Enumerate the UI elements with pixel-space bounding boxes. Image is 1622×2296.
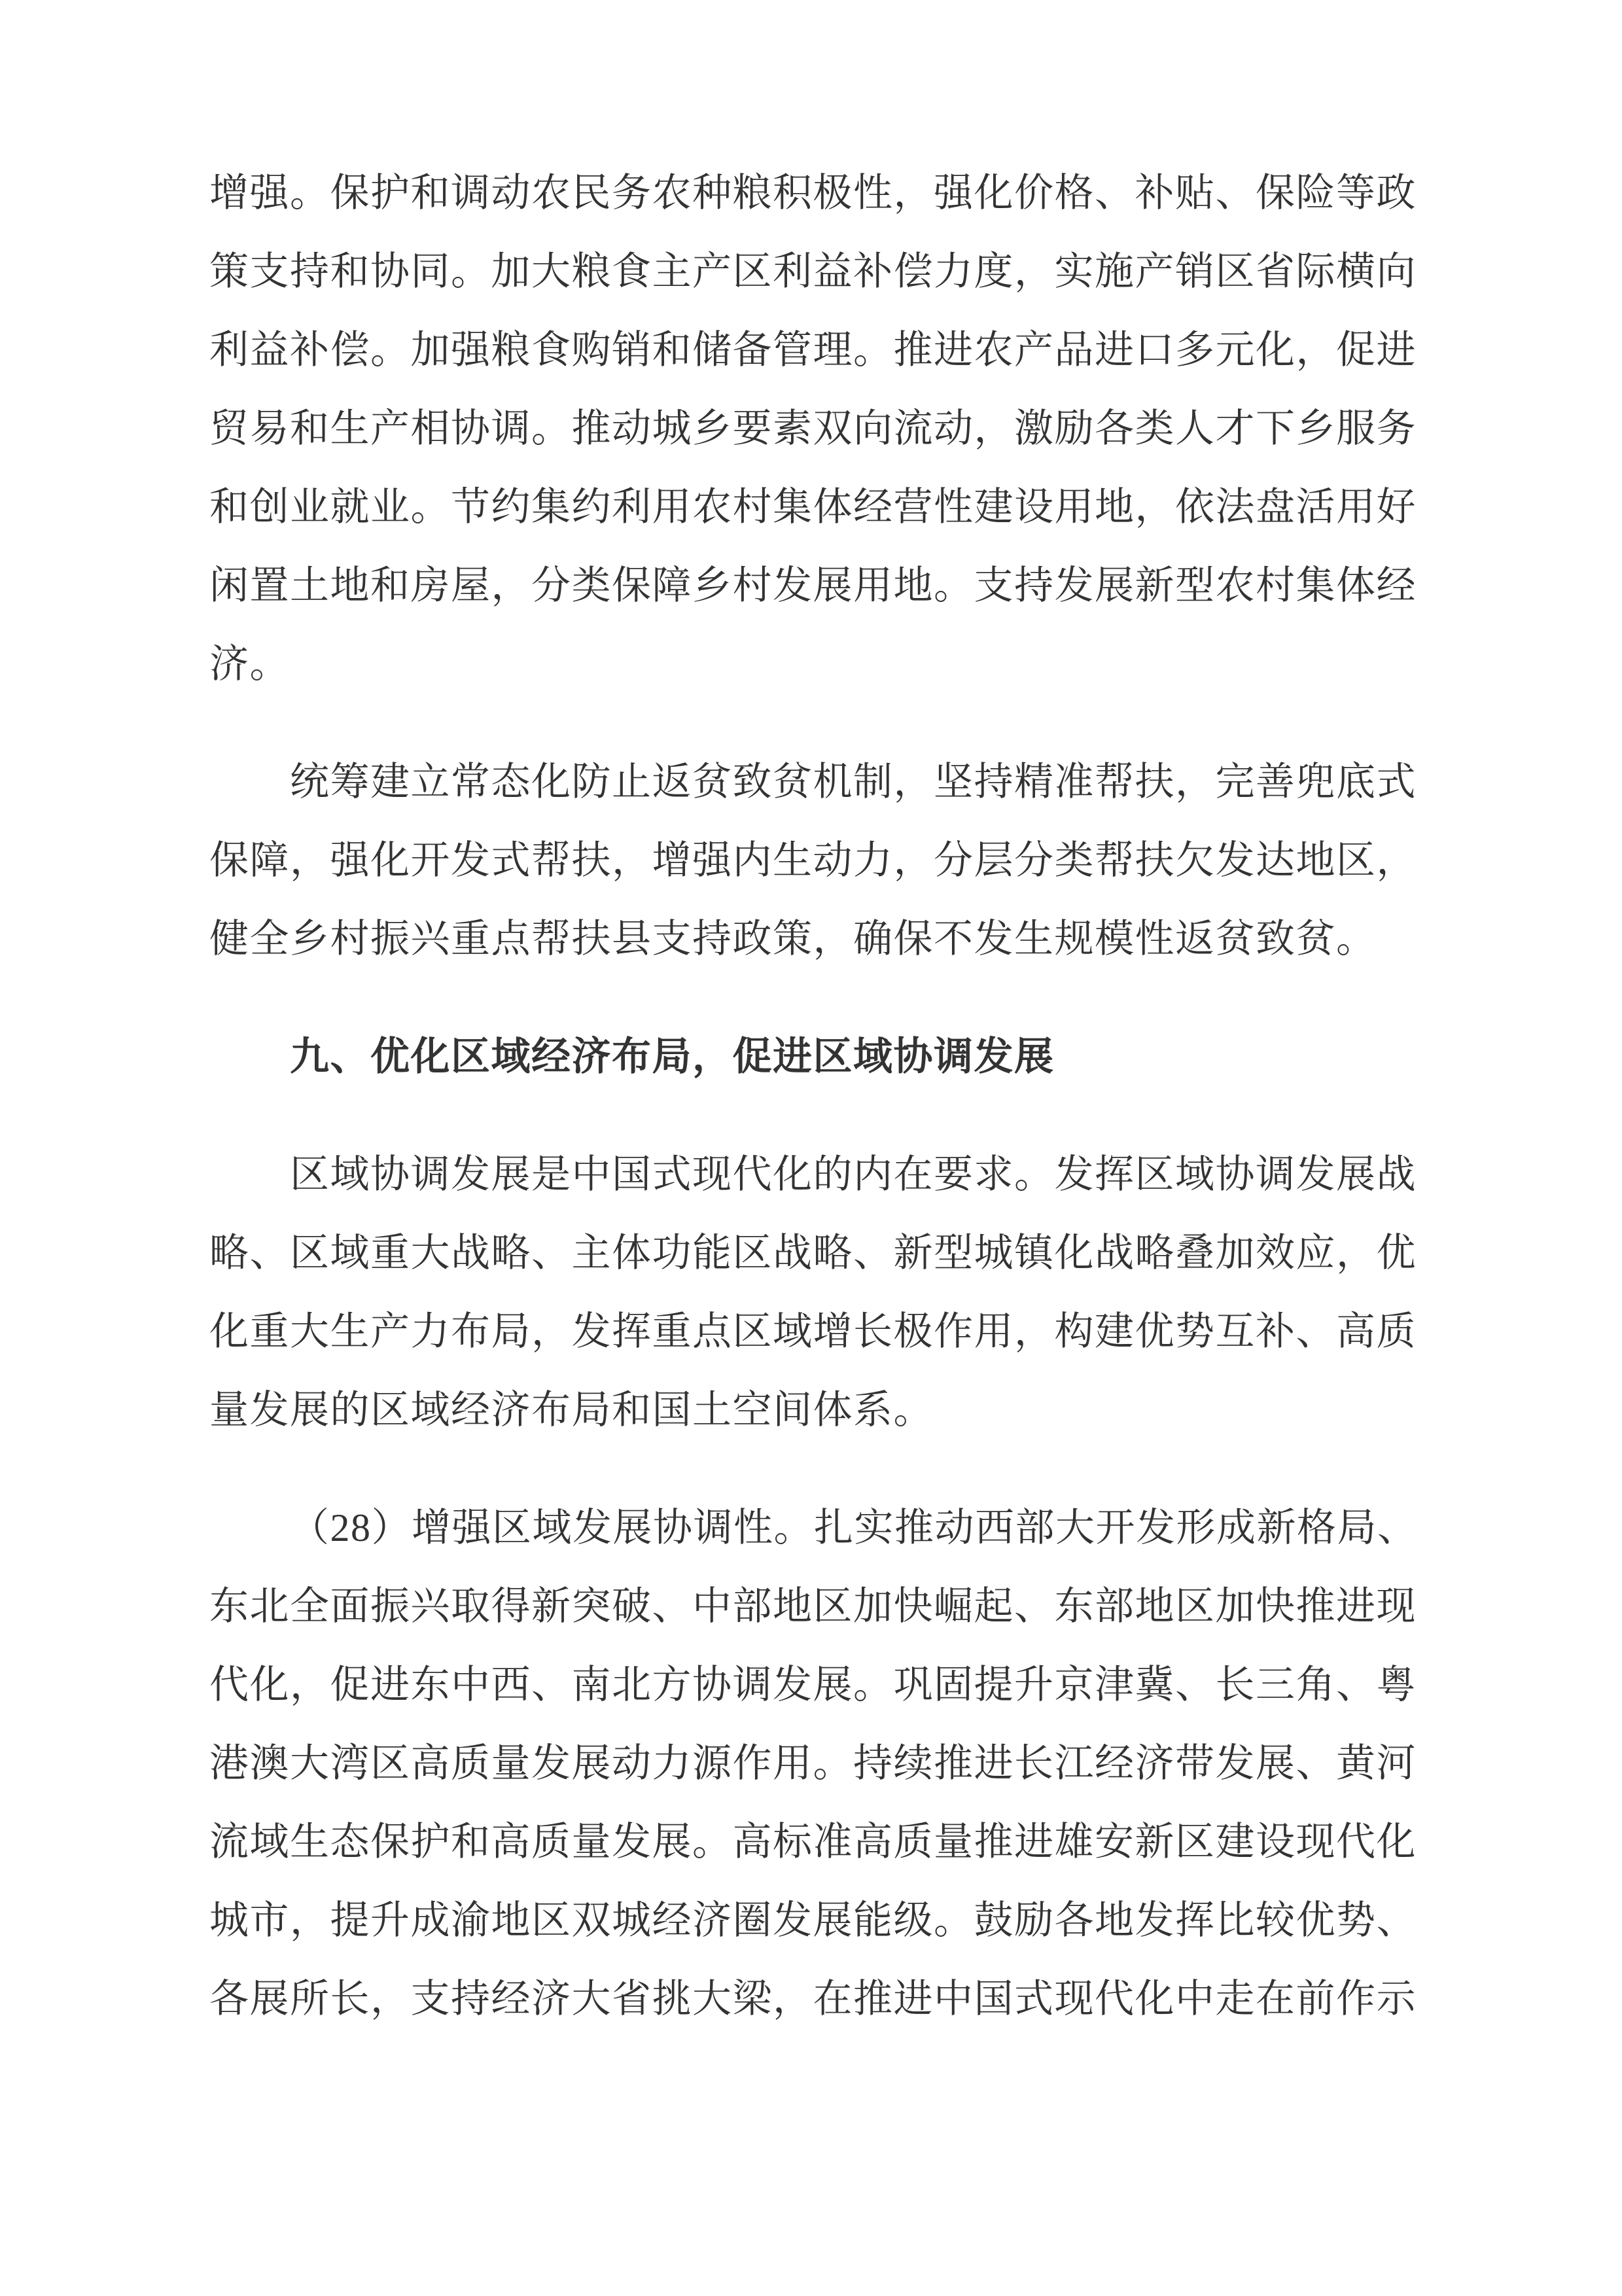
text-line: 和创业就业。节约集约利用农村集体经营性建设用地，依法盘活用好 <box>209 468 1419 546</box>
text-line: 港澳大湾区高质量发展动力源作用。持续推进长江经济带发展、黄河 <box>209 1724 1419 1803</box>
text-line: 保障，强化开发式帮扶，增强内生动力，分层分类帮扶欠发达地区， <box>209 821 1419 900</box>
text-line: 略、区域重大战略、主体功能区战略、新型城镇化战略叠加效应，优 <box>209 1214 1419 1292</box>
text-line: 化重大生产力布局，发挥重点区域增长极作用，构建优势互补、高质 <box>209 1292 1419 1371</box>
paragraph-continuation: 增强。保护和调动农民务农种粮积极性，强化价格、补贴、保险等政 策支持和协同。加大… <box>209 154 1419 703</box>
text-line: （28）增强区域发展协调性。扎实推动西部大开发形成新格局、 <box>209 1489 1419 1567</box>
text-line: 城市，提升成渝地区双城经济圈发展能级。鼓励各地发挥比较优势、 <box>209 1881 1419 1960</box>
text-line: 济。 <box>209 625 1419 703</box>
text-line: 东北全面振兴取得新突破、中部地区加快崛起、东部地区加快推进现 <box>209 1567 1419 1646</box>
text-line: 区域协调发展是中国式现代化的内在要求。发挥区域协调发展战 <box>209 1135 1419 1214</box>
text-line: 代化，促进东中西、南北方协调发展。巩固提升京津冀、长三角、粤 <box>209 1646 1419 1724</box>
text-line: 贸易和生产相协调。推动城乡要素双向流动，激励各类人才下乡服务 <box>209 389 1419 468</box>
text-line: 利益补偿。加强粮食购销和储备管理。推进农产品进口多元化，促进 <box>209 311 1419 389</box>
text-line: 健全乡村振兴重点帮扶县支持政策，确保不发生规模性返贫致贫。 <box>209 900 1419 978</box>
paragraph-regional-coordination: 区域协调发展是中国式现代化的内在要求。发挥区域协调发展战 略、区域重大战略、主体… <box>209 1135 1419 1449</box>
heading-line: 九、优化区域经济布局，促进区域协调发展 <box>209 1017 1419 1096</box>
text-line: 增强。保护和调动农民务农种粮积极性，强化价格、补贴、保险等政 <box>209 154 1419 232</box>
text-line: 策支持和协同。加大粮食主产区利益补偿力度，实施产销区省际横向 <box>209 232 1419 311</box>
section-heading: 九、优化区域经济布局，促进区域协调发展 <box>209 1017 1419 1096</box>
text-line: 量发展的区域经济布局和国土空间体系。 <box>209 1371 1419 1449</box>
text-line: 各展所长，支持经济大省挑大梁，在推进中国式现代化中走在前作示 <box>209 1960 1419 2038</box>
text-block: 增强。保护和调动农民务农种粮积极性，强化价格、补贴、保险等政 策支持和协同。加大… <box>209 154 1419 2038</box>
paragraph-poverty-prevention: 统筹建立常态化防止返贫致贫机制，坚持精准帮扶，完善兜底式 保障，强化开发式帮扶，… <box>209 743 1419 978</box>
paragraph-item-28: （28）增强区域发展协调性。扎实推动西部大开发形成新格局、 东北全面振兴取得新突… <box>209 1489 1419 2038</box>
text-line: 流域生态保护和高质量发展。高标准高质量推进雄安新区建设现代化 <box>209 1803 1419 1881</box>
document-page: 增强。保护和调动农民务农种粮积极性，强化价格、补贴、保险等政 策支持和协同。加大… <box>0 0 1622 2296</box>
text-line: 统筹建立常态化防止返贫致贫机制，坚持精准帮扶，完善兜底式 <box>209 743 1419 821</box>
text-line: 闲置土地和房屋，分类保障乡村发展用地。支持发展新型农村集体经 <box>209 546 1419 625</box>
